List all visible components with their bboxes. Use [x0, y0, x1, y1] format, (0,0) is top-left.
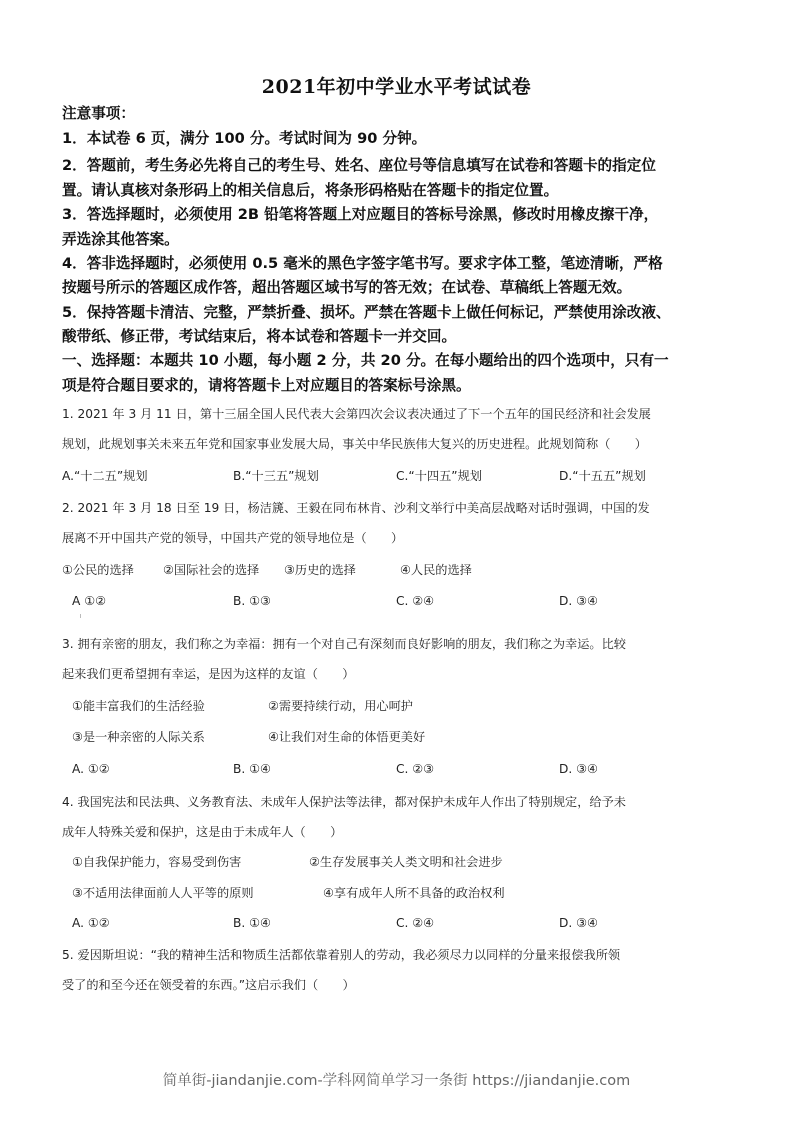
- question-4-option-b: B. ①④: [233, 913, 271, 933]
- question-4-statement-4: ④享有成年人所不具备的政治权利: [323, 883, 505, 903]
- question-3-statement-2: ②需要持续行动，用心呵护: [268, 696, 413, 716]
- question-2-option-a: A ①②: [72, 591, 106, 611]
- footer-watermark: 简单街-jiandanjie.com-学科网简单学习一条街 https://ji…: [0, 1069, 793, 1090]
- section-header-line-1: 一、选择题：本题共 10 小题，每小题 2 分，共 20 分。在每小题给出的四个…: [62, 350, 742, 372]
- section-header-line-2: 项是符合题目要求的，请将答题卡上对应题目的答案标号涂黑。: [62, 375, 742, 397]
- question-1-stem-line-2: 规划，此规划事关未来五年党和国家事业发展大局，事关中华民族伟大复兴的历史进程。此…: [62, 434, 742, 454]
- question-1-option-b: B.“十三五”规划: [233, 466, 319, 486]
- notice-item-5-line-1: 5．保持答题卡清洁、完整，严禁折叠、损坏。严禁在答题卡上做任何标记，严禁使用涂改…: [62, 302, 742, 324]
- question-2-option-d: D. ③④: [559, 591, 598, 611]
- question-3-statement-4: ④让我们对生命的体悟更美好: [268, 727, 425, 747]
- question-2-stem-line-2: 展离不开中国共产党的领导，中国共产党的领导地位是（ ）: [62, 528, 742, 548]
- question-4-stem-line-2: 成年人特殊关爱和保护，这是由于未成年人（ ）: [62, 822, 742, 842]
- question-2-statement-1: ①公民的选择: [62, 560, 134, 580]
- question-3-stem-line-2: 起来我们更希望拥有幸运，是因为这样的友谊（ ）: [62, 664, 742, 684]
- question-1-option-c: C.“十四五”规划: [396, 466, 482, 486]
- question-4-option-d: D. ③④: [559, 913, 598, 933]
- question-4-statement-1: ①自我保护能力，容易受到伤害: [72, 852, 241, 872]
- document-title: 2021年初中学业水平考试试卷: [0, 72, 793, 99]
- question-5-stem-line-2: 受了的和至今还在领受着的东西。”这启示我们（ ）: [62, 975, 742, 995]
- notice-item-3-line-2: 弄选涂其他答案。: [62, 229, 742, 251]
- question-1-option-d: D.“十五五”规划: [559, 466, 646, 486]
- question-2-statement-2: ②国际社会的选择: [163, 560, 259, 580]
- question-4-option-a: A. ①②: [72, 913, 110, 933]
- question-3-option-a: A. ①②: [72, 759, 110, 779]
- stray-mark: [80, 614, 81, 618]
- question-3-option-d: D. ③④: [559, 759, 598, 779]
- question-5-stem-line-1: 5. 爱因斯坦说：“我的精神生活和物质生活都依靠着别人的劳动，我必须尽力以同样的…: [62, 945, 742, 965]
- question-2-stem-line-1: 2. 2021 年 3 月 18 日至 19 日，杨洁篪、王毅在同布林肯、沙利文…: [62, 498, 742, 518]
- exam-page: 2021年初中学业水平考试试卷 注意事项： 1．本试卷 6 页，满分 100 分…: [0, 0, 793, 1122]
- notice-item-2-line-2: 置。请认真核对条形码上的相关信息后，将条形码格贴在答题卡的指定位置。: [62, 180, 742, 202]
- question-2-option-c: C. ②④: [396, 591, 434, 611]
- question-3-option-c: C. ②③: [396, 759, 434, 779]
- notice-item-5-line-2: 酸带纸、修正带，考试结束后，将本试卷和答题卡一并交回。: [62, 326, 742, 348]
- notice-item-1: 1．本试卷 6 页，满分 100 分。考试时间为 90 分钟。: [62, 128, 742, 150]
- question-1-option-a: A.“十二五”规划: [62, 466, 148, 486]
- question-3-statement-3: ③是一种亲密的人际关系: [72, 727, 205, 747]
- question-4-statement-3: ③不适用法律面前人人平等的原则: [72, 883, 254, 903]
- notice-item-2-line-1: 2．答题前，考生务必先将自己的考生号、姓名、座位号等信息填写在试卷和答题卡的指定…: [62, 155, 742, 177]
- question-1-stem-line-1: 1. 2021 年 3 月 11 日，第十三届全国人民代表大会第四次会议表决通过…: [62, 404, 742, 424]
- question-2-option-b: B. ①③: [233, 591, 271, 611]
- question-4-option-c: C. ②④: [396, 913, 434, 933]
- question-3-stem-line-1: 3. 拥有亲密的朋友，我们称之为幸福：拥有一个对自己有深刻而良好影响的朋友，我们…: [62, 634, 742, 654]
- question-2-statement-3: ③历史的选择: [284, 560, 356, 580]
- notice-item-3-line-1: 3．答选择题时，必须使用 2B 铅笔将答题上对应题目的答标号涂黑，修改时用橡皮擦…: [62, 204, 742, 226]
- question-3-statement-1: ①能丰富我们的生活经验: [72, 696, 205, 716]
- question-3-option-b: B. ①④: [233, 759, 271, 779]
- notice-item-4-line-2: 按题号所示的答题区成作答，超出答题区域书写的答无效；在试卷、草稿纸上答题无效。: [62, 277, 742, 299]
- notice-heading: 注意事项：: [62, 103, 742, 125]
- question-4-statement-2: ②生存发展事关人类文明和社会进步: [309, 852, 503, 872]
- notice-item-4-line-1: 4．答非选择题时，必须使用 0.5 毫米的黑色字签字笔书写。要求字体工整，笔迹清…: [62, 253, 742, 275]
- question-4-stem-line-1: 4. 我国宪法和民法典、义务教育法、未成年人保护法等法律，都对保护未成年人作出了…: [62, 792, 742, 812]
- question-2-statement-4: ④人民的选择: [400, 560, 472, 580]
